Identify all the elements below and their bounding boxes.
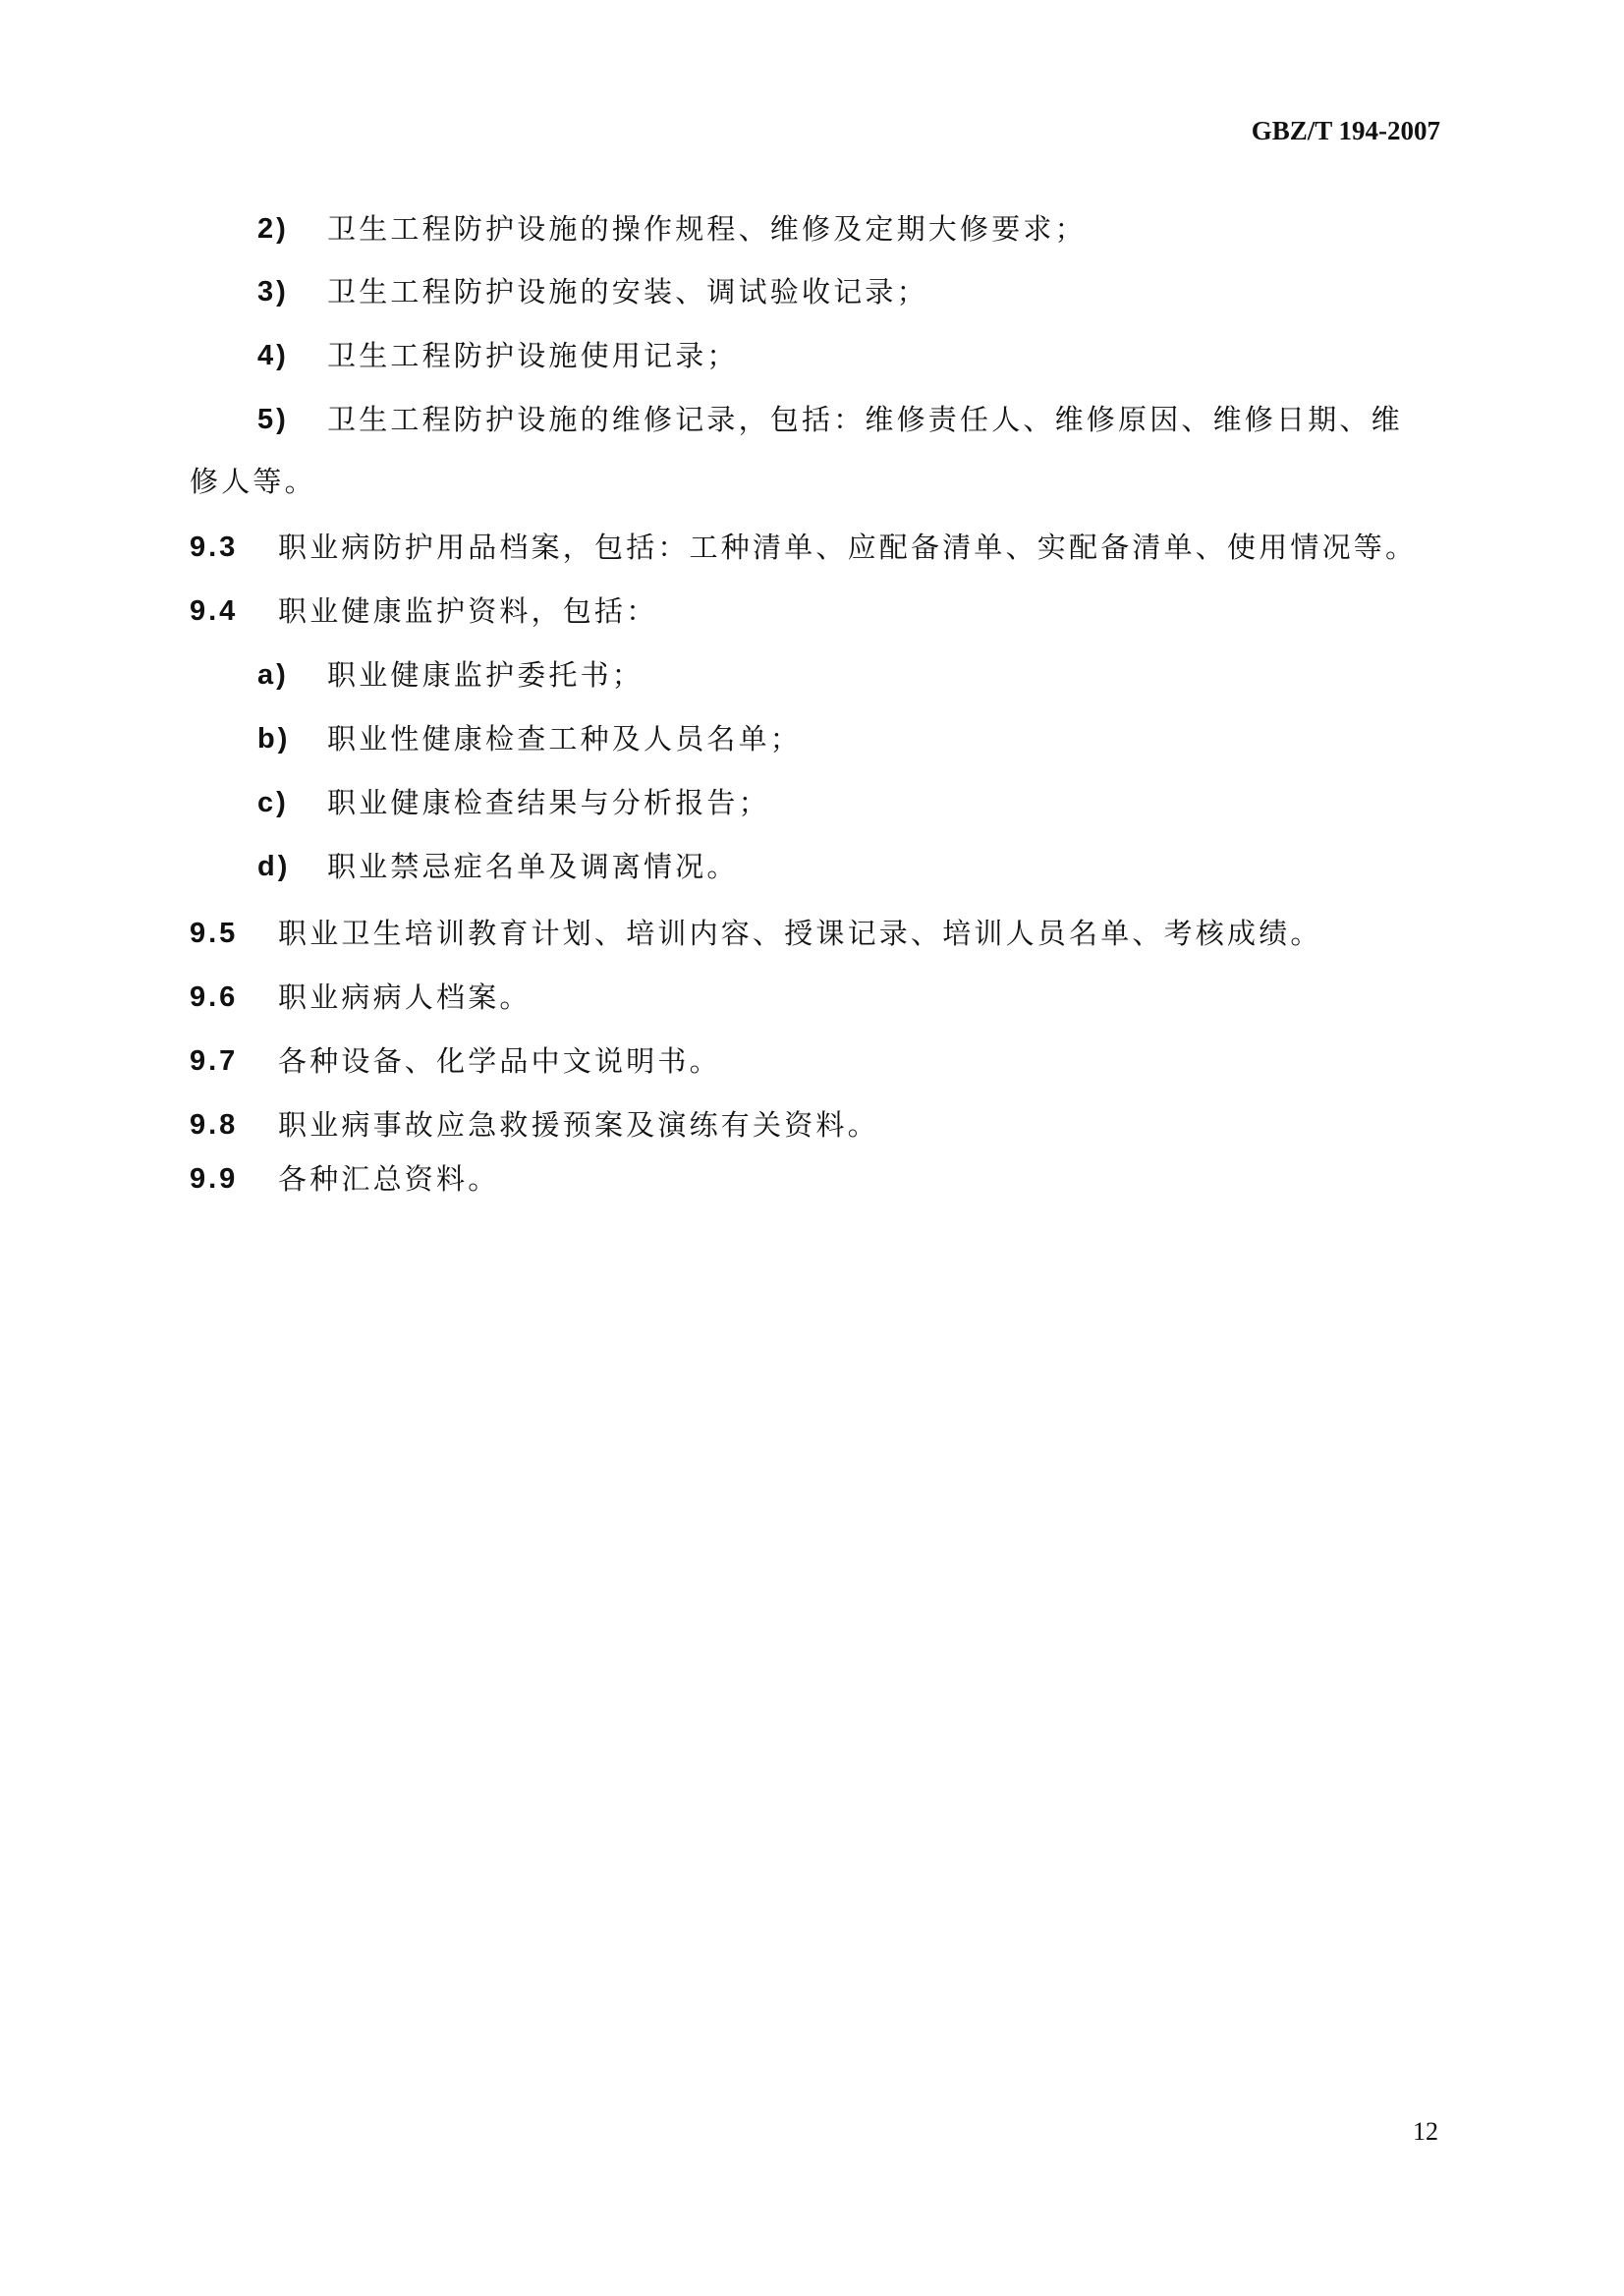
page-number: 12	[1413, 2117, 1438, 2147]
list-item-text: 卫生工程防护设施的安装、调试验收记录；	[327, 272, 928, 311]
clause-text: 职业健康监护资料，包括：	[278, 591, 657, 631]
list-item-text: 卫生工程防护设施的操作规程、维修及定期大修要求；	[327, 209, 1087, 249]
clause-number: 9.7	[190, 1041, 238, 1081]
clause-text: 职业病事故应急救援预案及演练有关资料。	[278, 1105, 879, 1145]
list-item-label: 2)	[257, 209, 289, 249]
list-item-label: b)	[257, 719, 290, 758]
list-item-label: 5)	[257, 400, 289, 439]
clause-text: 职业病防护用品档案，包括：工种清单、应配备清单、实配备清单、使用情况等。	[278, 528, 1417, 567]
clause-number: 9.9	[190, 1159, 238, 1199]
list-item-label: d)	[257, 847, 290, 886]
clause-number: 9.3	[190, 528, 238, 567]
list-item-label: a)	[257, 655, 289, 695]
list-item-text: 卫生工程防护设施使用记录；	[327, 336, 739, 375]
clause-number: 9.6	[190, 978, 238, 1017]
clause-text: 各种设备、化学品中文说明书。	[278, 1041, 721, 1081]
list-item-text: 职业性健康检查工种及人员名单；	[327, 719, 802, 758]
list-item-text: 职业健康检查结果与分析报告；	[327, 783, 770, 822]
list-item-label: c)	[257, 783, 289, 822]
list-item-label: 4)	[257, 336, 289, 375]
clause-number: 9.5	[190, 914, 238, 953]
standard-code-header: GBZ/T 194-2007	[1252, 116, 1440, 146]
clause-number: 9.4	[190, 591, 238, 631]
list-item-text: 职业健康监护委托书；	[327, 655, 644, 695]
list-item-text: 职业禁忌症名单及调离情况。	[327, 847, 739, 886]
clause-text: 各种汇总资料。	[278, 1159, 499, 1199]
clause-number: 9.8	[190, 1105, 238, 1145]
list-item-text: 卫生工程防护设施的维修记录，包括：维修责任人、维修原因、维修日期、维	[327, 400, 1403, 439]
list-item-label: 3)	[257, 272, 289, 311]
clause-text: 职业卫生培训教育计划、培训内容、授课记录、培训人员名单、考核成绩。	[278, 914, 1322, 953]
list-item-text: 修人等。	[190, 462, 316, 501]
clause-text: 职业病病人档案。	[278, 978, 532, 1017]
